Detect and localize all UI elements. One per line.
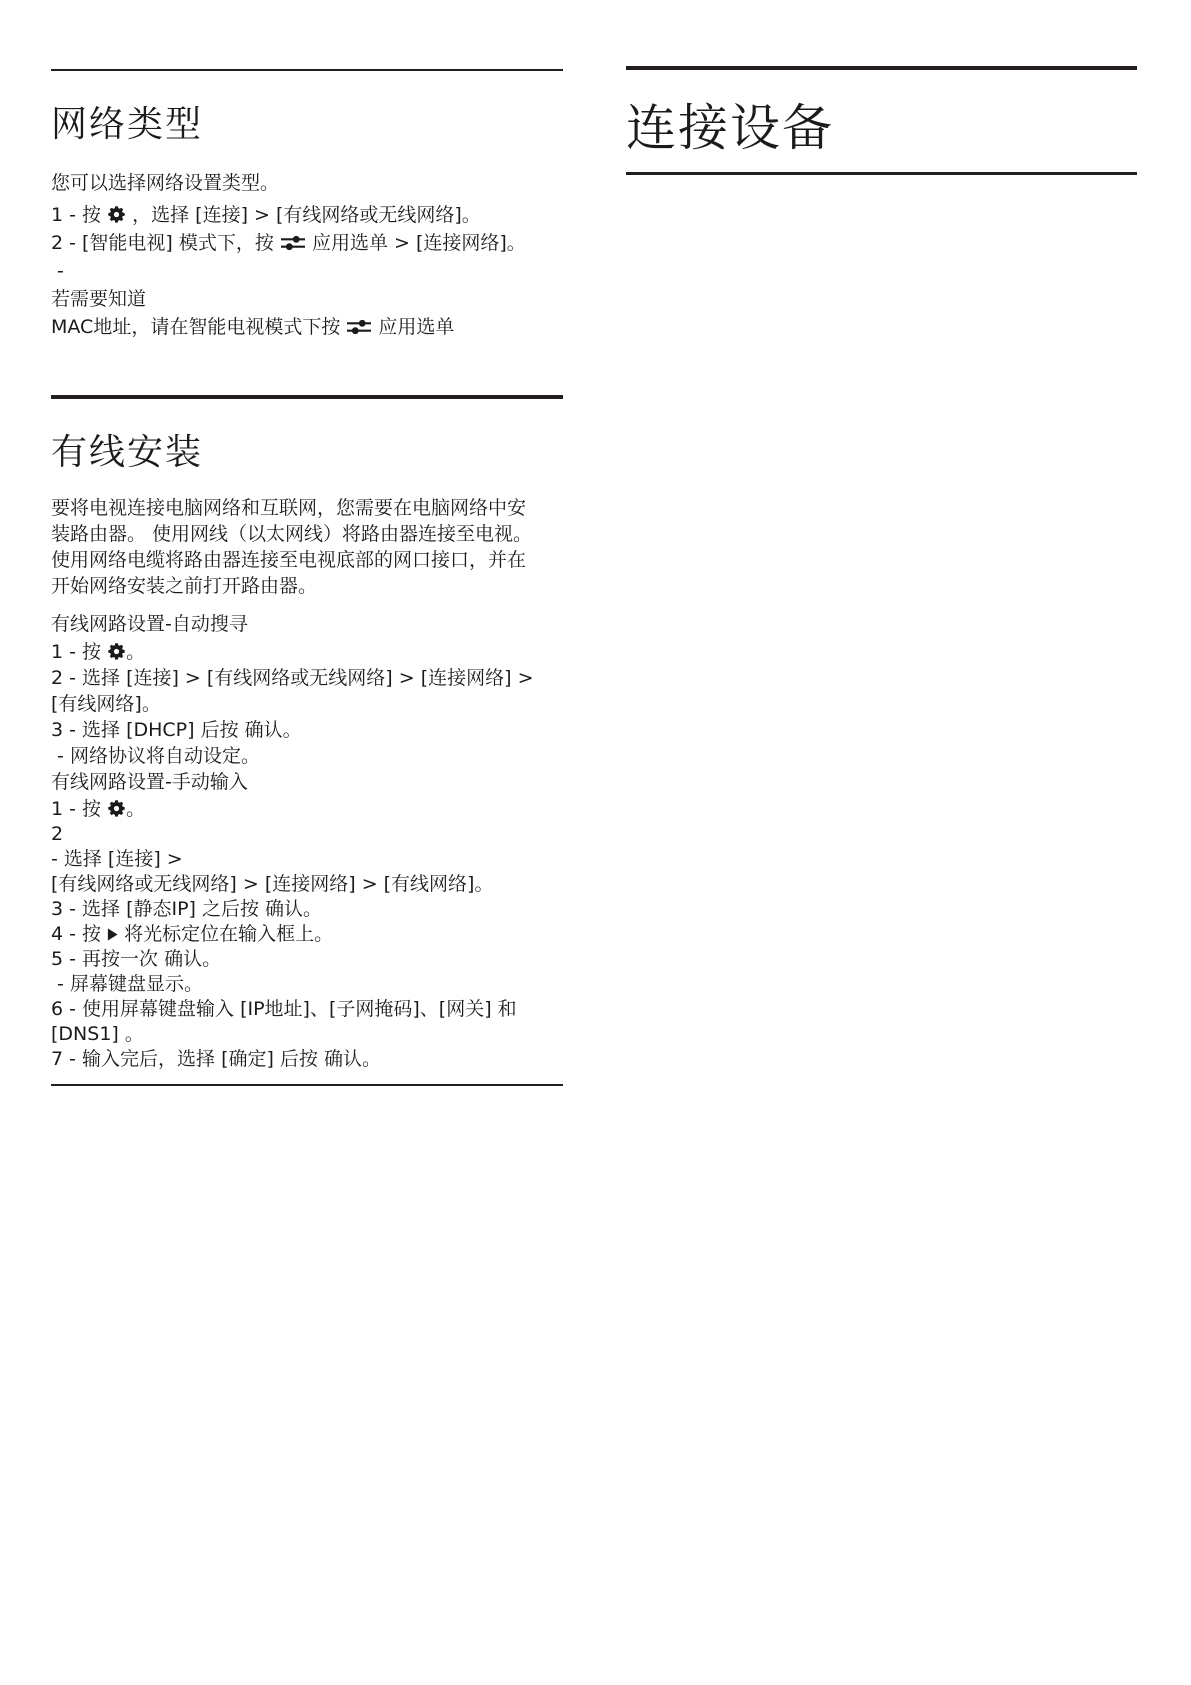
text-segment: 应用选单 [372,316,454,338]
text-line: 开始网络安装之前打开路由器。 [51,573,563,599]
text-segment: - [51,260,64,282]
text-line: [有线网络或无线网络] > [连接网络] > [有线网络]。 [51,872,563,897]
chapter-header: 连接设备 [626,66,1137,175]
text-segment: - 屏幕键盘显示。 [51,973,203,995]
text-line: 4 - 按 将光标定位在输入框上。 [51,922,563,947]
text-segment: 开始网络安装之前打开路由器。 [51,575,317,597]
text-line: 您可以选择网络设置类型。 [51,169,563,197]
section-heading: 网络类型 [51,103,563,147]
text-line: 要将电视连接电脑网络和互联网，您需要在电脑网络中安 [51,495,563,521]
text-segment: 3 - 选择 [DHCP] 后按 确认。 [51,719,302,741]
text-line: 1 - 按 。 [51,797,563,822]
steps-list-manual-entry: 1 - 按 。2- 选择 [连接] >[有线网络或无线网络] > [连接网络] … [51,797,563,1072]
text-segment: 有线网路设置-自动搜寻 [51,613,248,635]
steps-list: 1 - 按 ，选择 [连接] > [有线网络或无线网络]。2 - [智能电视] … [51,201,563,341]
paragraph: 要将电视连接电脑网络和互联网，您需要在电脑网络中安装路由器。 使用网线（以太网线… [51,495,563,599]
gear-icon [107,201,126,229]
chapter-divider-top [626,66,1137,70]
gear-icon [107,639,126,665]
section-wired-installation: 有线安装 要将电视连接电脑网络和互联网，您需要在电脑网络中安装路由器。 使用网线… [51,395,563,1086]
text-line: 有线网路设置-自动搜寻 [51,611,563,637]
manual-page: 网络类型 您可以选择网络设置类型。 1 - 按 ，选择 [连接] > [有线网络… [0,0,1191,1685]
text-line: 1 - 按 ，选择 [连接] > [有线网络或无线网络]。 [51,201,563,229]
text-line: - [51,257,563,285]
text-segment: - 选择 [连接] > [51,848,183,870]
text-line: 6 - 使用屏幕键盘输入 [IP地址]、[子网掩码]、[网关] 和 [51,997,563,1022]
text-line: 1 - 按 。 [51,639,563,665]
text-segment: MAC地址，请在智能电视模式下按 [51,316,346,338]
text-line: 2 - [智能电视] 模式下，按 应用选单 > [连接网络]。 [51,229,563,257]
text-segment: [有线网络]。 [51,693,161,715]
steps-list-auto-search: 1 - 按 。2 - 选择 [连接] > [有线网络或无线网络] > [连接网络… [51,639,563,769]
text-segment: 有线网路设置-手动输入 [51,771,248,793]
section-divider [51,395,563,399]
text-segment: 6 - 使用屏幕键盘输入 [IP地址]、[子网掩码]、[网关] 和 [51,998,517,1020]
text-segment: 3 - 选择 [静态IP] 之后按 确认。 [51,898,322,920]
text-line: 若需要知道 [51,285,563,313]
text-line: 有线网路设置-手动输入 [51,769,563,795]
subheading-manual-entry: 有线网路设置-手动输入 [51,769,563,795]
cursor-right-icon [107,922,118,947]
text-segment: 装路由器。 使用网线（以太网线）将路由器连接至电视。 [51,523,532,545]
text-line: 2 - 选择 [连接] > [有线网络或无线网络] > [连接网络] > [51,665,563,691]
text-segment: 2 - 选择 [连接] > [有线网络或无线网络] > [连接网络] > [51,667,534,689]
text-segment: 1 - 按 [51,641,107,663]
text-segment: 1 - 按 [51,798,107,820]
left-column: 网络类型 您可以选择网络设置类型。 1 - 按 ，选择 [连接] > [有线网络… [51,0,563,1086]
options-icon [280,229,306,257]
text-segment: 4 - 按 [51,923,107,945]
text-line: 3 - 选择 [DHCP] 后按 确认。 [51,717,563,743]
paragraph: 您可以选择网络设置类型。 [51,169,563,197]
text-segment: 2 - [智能电视] 模式下，按 [51,232,280,254]
subheading-auto-search: 有线网路设置-自动搜寻 [51,611,563,637]
text-segment: 应用选单 > [连接网络]。 [306,232,526,254]
text-segment: 。 [126,798,145,820]
text-segment: - 网络协议将自动设定。 [51,745,260,767]
text-segment: 使用网络电缆将路由器连接至电视底部的网口接口，并在 [51,549,526,571]
section-network-type: 网络类型 您可以选择网络设置类型。 1 - 按 ，选择 [连接] > [有线网络… [51,69,563,341]
text-segment: 。 [126,641,145,663]
chapter-heading: 连接设备 [626,100,1137,156]
text-segment: 将光标定位在输入框上。 [118,923,333,945]
text-segment: 5 - 再按一次 确认。 [51,948,221,970]
text-segment: ，选择 [连接] > [有线网络或无线网络]。 [126,204,481,226]
text-line: - 选择 [连接] > [51,847,563,872]
text-line: 使用网络电缆将路由器连接至电视底部的网口接口，并在 [51,547,563,573]
text-line: 装路由器。 使用网线（以太网线）将路由器连接至电视。 [51,521,563,547]
text-segment: 若需要知道 [51,288,146,310]
text-line: - 网络协议将自动设定。 [51,743,563,769]
text-line: 3 - 选择 [静态IP] 之后按 确认。 [51,897,563,922]
section-divider [51,1084,563,1086]
section-divider [51,69,563,71]
gear-icon [107,797,126,822]
text-segment: 2 [51,823,63,845]
text-line: 7 - 输入完后，选择 [确定] 后按 确认。 [51,1047,563,1072]
text-segment: 您可以选择网络设置类型。 [51,172,279,194]
text-segment: 7 - 输入完后，选择 [确定] 后按 确认。 [51,1048,381,1070]
text-line: [DNS1] 。 [51,1022,563,1047]
text-line: 5 - 再按一次 确认。 [51,947,563,972]
text-line: - 屏幕键盘显示。 [51,972,563,997]
text-segment: [DNS1] 。 [51,1023,144,1045]
text-line: MAC地址，请在智能电视模式下按 应用选单 [51,313,563,341]
text-segment: [有线网络或无线网络] > [连接网络] > [有线网络]。 [51,873,493,895]
text-segment: 1 - 按 [51,204,107,226]
section-heading: 有线安装 [51,431,563,475]
right-column: 连接设备 [626,0,1137,175]
text-segment: 要将电视连接电脑网络和互联网，您需要在电脑网络中安 [51,497,526,519]
options-icon [346,313,372,341]
text-line: [有线网络]。 [51,691,563,717]
chapter-divider-bottom [626,172,1137,175]
text-line: 2 [51,822,563,847]
